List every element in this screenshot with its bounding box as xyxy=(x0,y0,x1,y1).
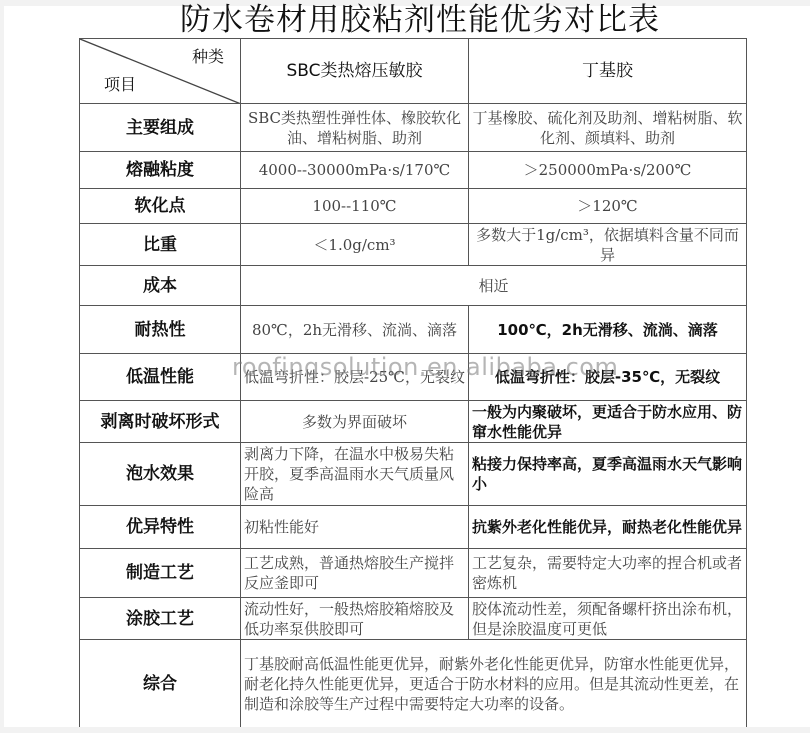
header-item-label: 项目 xyxy=(104,75,136,95)
header-kind-label: 种类 xyxy=(192,47,224,67)
cell-sbc: 剥离力下降，在温水中极易失粘开胶，夏季高温雨水天气质量风险高 xyxy=(241,443,469,506)
row-label: 低温性能 xyxy=(80,354,241,401)
row-label: 软化点 xyxy=(80,189,241,224)
table-row: 主要组成 SBC类热塑性弹性体、橡胶软化油、增粘树脂、助剂 丁基橡胶、硫化剂及助… xyxy=(80,104,747,152)
cell-butyl: 胶体流动性差，须配备螺杆挤出涂布机，但是涂胶温度可更低 xyxy=(469,598,747,640)
cell-butyl: ＞120℃ xyxy=(469,189,747,224)
cell-sbc: 工艺成熟，普通热熔胶生产搅拌反应釜即可 xyxy=(241,549,469,598)
cell-sbc: 初粘性能好 xyxy=(241,506,469,549)
row-label: 耐热性 xyxy=(80,306,241,354)
table-row: 泡水效果 剥离力下降，在温水中极易失粘开胶，夏季高温雨水天气质量风险高 粘接力保… xyxy=(80,443,747,506)
row-label: 优异特性 xyxy=(80,506,241,549)
cell-sbc: SBC类热塑性弹性体、橡胶软化油、增粘树脂、助剂 xyxy=(241,104,469,152)
cell-sbc: 80℃，2h无滑移、流淌、滴落 xyxy=(241,306,469,354)
cell-butyl: 一般为内聚破坏，更适合于防水应用、防窜水性能优异 xyxy=(469,401,747,443)
comparison-table: 种类 项目 SBC类热熔压敏胶 丁基胶 主要组成 SBC类热塑性弹性体、橡胶软化… xyxy=(79,38,747,728)
cell-butyl: ＞250000mPa·s/200℃ xyxy=(469,152,747,189)
row-label: 泡水效果 xyxy=(80,443,241,506)
table-row: 综合 丁基胶耐高低温性能更优异，耐紫外老化性能更优异，防窜水性能更优异，耐老化持… xyxy=(80,640,747,728)
page-title: 防水卷材用胶粘剂性能优劣对比表 xyxy=(0,0,810,38)
cell-sbc: ＜1.0g/cm³ xyxy=(241,224,469,266)
row-label: 综合 xyxy=(80,640,241,728)
row-label: 涂胶工艺 xyxy=(80,598,241,640)
cell-sbc: 多数为界面破坏 xyxy=(241,401,469,443)
cell-butyl: 抗紫外老化性能优异，耐热老化性能优异 xyxy=(469,506,747,549)
table-row: 软化点 100--110℃ ＞120℃ xyxy=(80,189,747,224)
row-label: 主要组成 xyxy=(80,104,241,152)
table-row: 熔融粘度 4000--30000mPa·s/170℃ ＞250000mPa·s/… xyxy=(80,152,747,189)
cell-sbc: 低温弯折性：胶层-25℃，无裂纹 xyxy=(241,354,469,401)
table-header-row: 种类 项目 SBC类热熔压敏胶 丁基胶 xyxy=(80,39,747,104)
cell-sbc: 4000--30000mPa·s/170℃ xyxy=(241,152,469,189)
header-col-butyl: 丁基胶 xyxy=(469,39,747,104)
cell-sbc: 流动性好，一般热熔胶箱熔胶及低功率泵供胶即可 xyxy=(241,598,469,640)
cell-sbc: 100--110℃ xyxy=(241,189,469,224)
table-row: 低温性能 低温弯折性：胶层-25℃，无裂纹 低温弯折性：胶层-35℃，无裂纹 xyxy=(80,354,747,401)
bottom-band xyxy=(0,727,810,733)
table-row: 优异特性 初粘性能好 抗紫外老化性能优异，耐热老化性能优异 xyxy=(80,506,747,549)
row-label: 熔融粘度 xyxy=(80,152,241,189)
table-row: 涂胶工艺 流动性好，一般热熔胶箱熔胶及低功率泵供胶即可 胶体流动性差，须配备螺杆… xyxy=(80,598,747,640)
header-corner-cell: 种类 项目 xyxy=(80,39,241,104)
cell-butyl: 丁基橡胶、硫化剂及助剂、增粘树脂、软化剂、颜填料、助剂 xyxy=(469,104,747,152)
row-label: 剥离时破坏形式 xyxy=(80,401,241,443)
row-label: 制造工艺 xyxy=(80,549,241,598)
cell-butyl: 低温弯折性：胶层-35℃，无裂纹 xyxy=(469,354,747,401)
table-row: 成本 相近 xyxy=(80,266,747,306)
table-row: 剥离时破坏形式 多数为界面破坏 一般为内聚破坏，更适合于防水应用、防窜水性能优异 xyxy=(80,401,747,443)
cell-butyl: 100℃，2h无滑移、流淌、滴落 xyxy=(469,306,747,354)
cell-butyl: 工艺复杂，需要特定大功率的捏合机或者密炼机 xyxy=(469,549,747,598)
header-col-sbc: SBC类热熔压敏胶 xyxy=(241,39,469,104)
row-label: 比重 xyxy=(80,224,241,266)
cell-merged: 丁基胶耐高低温性能更优异，耐紫外老化性能更优异，防窜水性能更优异，耐老化持久性能… xyxy=(241,640,747,728)
cell-butyl: 多数大于1g/cm³，依据填料含量不同而异 xyxy=(469,224,747,266)
table-row: 制造工艺 工艺成熟，普通热熔胶生产搅拌反应釜即可 工艺复杂，需要特定大功率的捏合… xyxy=(80,549,747,598)
cell-butyl: 粘接力保持率高，夏季高温雨水天气影响小 xyxy=(469,443,747,506)
table-row: 比重 ＜1.0g/cm³ 多数大于1g/cm³，依据填料含量不同而异 xyxy=(80,224,747,266)
cell-merged: 相近 xyxy=(241,266,747,306)
row-label: 成本 xyxy=(80,266,241,306)
table-row: 耐热性 80℃，2h无滑移、流淌、滴落 100℃，2h无滑移、流淌、滴落 xyxy=(80,306,747,354)
